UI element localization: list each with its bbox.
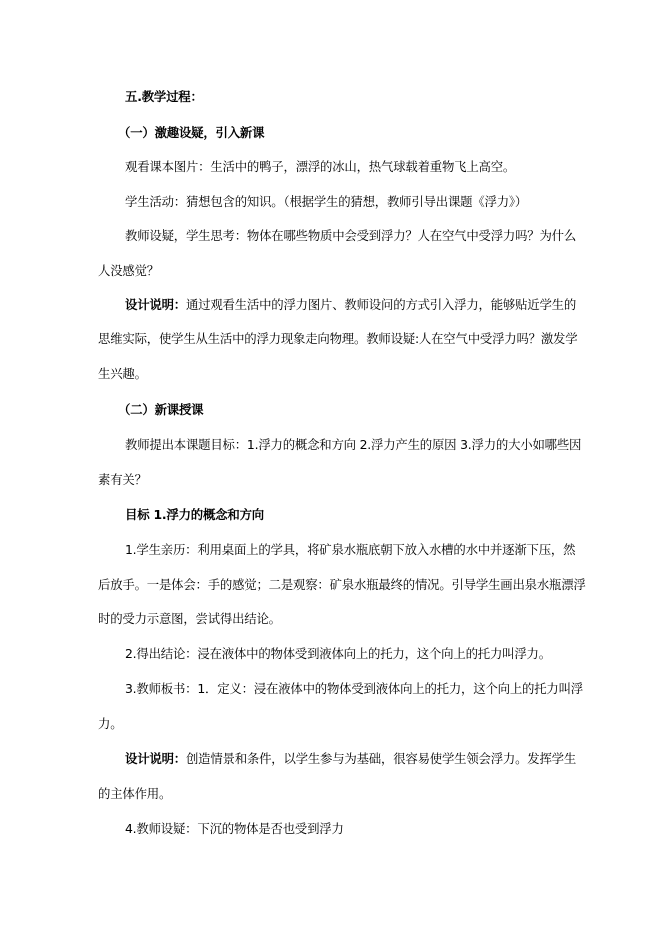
design-note: 设计说明：创造情景和条件，以学生参与为基础，很容易使学生领会浮力。发挥学生 (125, 750, 576, 768)
section-heading: 五.教学过程： (125, 88, 203, 106)
paragraph-cont: 后放手。一是体会：手的感觉；二是观察：矿泉水瓶最终的情况。引导学生画出泉水瓶漂浮 (98, 576, 586, 594)
design-note-label: 设计说明： (125, 297, 186, 312)
section1-title: （一）激趣设疑，引入新课 (118, 124, 264, 142)
paragraph: 1.学生亲历：利用桌面上的学具，将矿泉水瓶底朝下放入水槽的水中并逐渐下压，然 (125, 541, 575, 559)
design-note-text: 创造情景和条件，以学生参与为基础，很容易使学生领会浮力。发挥学生 (186, 751, 576, 766)
design-note: 设计说明：通过观看生活中的浮力图片、教师设问的方式引入浮力，能够贴近学生的 (125, 296, 576, 314)
paragraph-cont: 的主体作用。 (98, 785, 171, 803)
paragraph: 观看课本图片：生活中的鸭子，漂浮的冰山，热气球载着重物飞上高空。 (125, 158, 515, 176)
paragraph: 4.教师设疑：下沉的物体是否也受到浮力 (125, 820, 344, 838)
paragraph-cont: 生兴趣。 (98, 365, 147, 383)
goal1-title: 目标 1.浮力的概念和方向 (125, 506, 264, 524)
paragraph-cont: 时的受力示意图，尝试得出结论。 (98, 610, 281, 628)
paragraph: 2.得出结论：浸在液体中的物体受到液体向上的托力，这个向上的托力叫浮力。 (125, 645, 551, 663)
design-note-text: 通过观看生活中的浮力图片、教师设问的方式引入浮力，能够贴近学生的 (186, 297, 576, 312)
paragraph: 教师提出本课题目标：1.浮力的概念和方向 2.浮力产生的原因 3.浮力的大小如哪… (125, 436, 581, 454)
paragraph-cont: 思维实际，使学生从生活中的浮力现象走向物理。教师设疑:人在空气中受浮力吗？激发学 (98, 330, 577, 348)
paragraph-cont: 力。 (98, 715, 122, 733)
paragraph-cont: 人没感觉？ (98, 262, 159, 280)
paragraph: 3.教师板书：1．定义：浸在液体中的物体受到液体向上的托力，这个向上的托力叫浮 (125, 680, 583, 698)
paragraph-cont: 素有关？ (98, 471, 147, 489)
design-note-label: 设计说明： (125, 751, 186, 766)
section2-title: （二）新课授课 (118, 401, 203, 419)
paragraph: 教师设疑，学生思考：物体在哪些物质中会受到浮力？人在空气中受浮力吗？为什么 (125, 227, 576, 245)
paragraph: 学生活动：猜想包含的知识。（根据学生的猜想，教师引导出课题《浮力》） (125, 193, 527, 211)
